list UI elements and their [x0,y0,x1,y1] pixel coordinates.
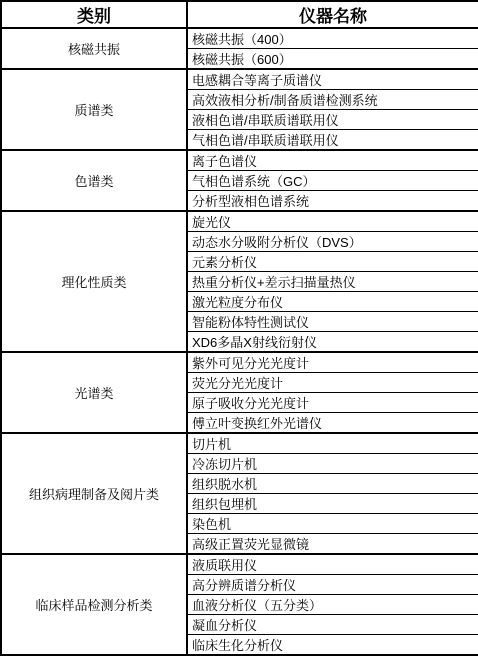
instrument-cell: 分析型液相色谱系统 [187,191,478,212]
instrument-category-table-wrap: 类别 仪器名称 核磁共振核磁共振（400）核磁共振（600）质谱类电感耦合等离子… [0,0,478,618]
instrument-cell: 电感耦合等离子质谱仪 [187,69,478,90]
instrument-cell: 原子吸收分光光度计 [187,393,478,413]
instrument-cell: 热重分析仪+差示扫描量热仪 [187,272,478,292]
instrument-cell: 临床生化分析仪 [187,635,478,656]
category-cell: 理化性质类 [1,211,187,352]
instrument-cell: 气相色谱系统（GC） [187,171,478,191]
instrument-cell: 元素分析仪 [187,252,478,272]
instrument-cell: 高分辨质谱分析仪 [187,575,478,595]
instrument-cell: 冷冻切片机 [187,454,478,474]
category-cell: 质谱类 [1,69,187,150]
category-cell: 核磁共振 [1,28,187,69]
instrument-cell: 液相色谱/串联质谱联用仪 [187,110,478,130]
instrument-cell: 核磁共振（600） [187,49,478,70]
instrument-cell: 凝血分析仪 [187,615,478,635]
instrument-cell: XD6多晶X射线衍射仪 [187,332,478,353]
instrument-cell: 高级正置荧光显微镜 [187,534,478,555]
category-cell: 光谱类 [1,352,187,433]
instrument-cell: 切片机 [187,433,478,454]
table-row: 临床样品检测分析类液质联用仪 [1,554,478,575]
instrument-category-table: 类别 仪器名称 核磁共振核磁共振（400）核磁共振（600）质谱类电感耦合等离子… [0,0,478,656]
instrument-cell: 血液分析仪（五分类） [187,595,478,615]
instrument-cell: 组织脱水机 [187,474,478,494]
table-row: 核磁共振核磁共振（400） [1,28,478,49]
table-row: 色谱类离子色谱仪 [1,150,478,171]
instrument-cell: 组织包埋机 [187,494,478,514]
instrument-cell: 液质联用仪 [187,554,478,575]
table-row: 质谱类电感耦合等离子质谱仪 [1,69,478,90]
instrument-cell: 气相色谱/串联质谱联用仪 [187,130,478,151]
category-cell: 临床样品检测分析类 [1,554,187,655]
instrument-cell: 荧光分光光度计 [187,373,478,393]
instrument-cell: 核磁共振（400） [187,28,478,49]
category-column-header: 类别 [1,1,187,28]
table-row: 组织病理制备及阅片类切片机 [1,433,478,454]
instrument-cell: 旋光仪 [187,211,478,232]
instrument-column-header: 仪器名称 [187,1,478,28]
category-cell: 组织病理制备及阅片类 [1,433,187,554]
instrument-cell: 智能粉体特性测试仪 [187,312,478,332]
table-body: 核磁共振核磁共振（400）核磁共振（600）质谱类电感耦合等离子质谱仪高效液相分… [1,28,478,655]
instrument-cell: 激光粒度分布仪 [187,292,478,312]
instrument-cell: 染色机 [187,514,478,534]
header-row: 类别 仪器名称 [1,1,478,28]
instrument-cell: 动态水分吸附分析仪（DVS） [187,232,478,252]
instrument-cell: 高效液相分析/制备质谱检测系统 [187,90,478,110]
table-row: 理化性质类旋光仪 [1,211,478,232]
instrument-cell: 紫外可见分光光度计 [187,352,478,373]
instrument-cell: 离子色谱仪 [187,150,478,171]
table-row: 光谱类紫外可见分光光度计 [1,352,478,373]
instrument-cell: 傅立叶变换红外光谱仪 [187,413,478,434]
category-cell: 色谱类 [1,150,187,211]
